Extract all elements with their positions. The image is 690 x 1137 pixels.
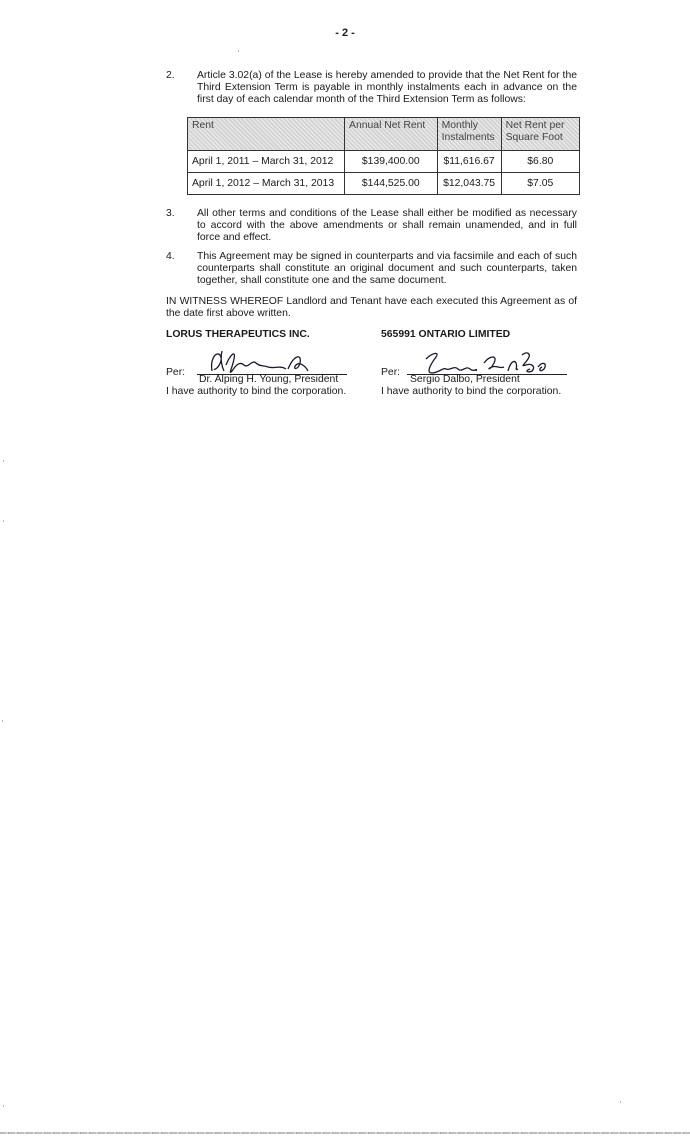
cell-period: April 1, 2011 – March 31, 2012 <box>188 151 345 173</box>
authority-statement: I have authority to bind the corporation… <box>381 386 561 398</box>
paragraph-text: All other terms and conditions of the Le… <box>197 208 577 244</box>
cell-rent-per-sqft: $6.80 <box>501 151 579 173</box>
company-name: LORUS THERAPEUTICS INC. <box>166 329 346 341</box>
page-number: - 2 - <box>0 27 690 39</box>
paragraph-number: 3. <box>166 208 175 220</box>
cell-monthly-instalment: $11,616.67 <box>437 151 501 173</box>
scan-speck <box>3 520 4 522</box>
table-header-row: Rent Annual Net Rent Monthly Instalments… <box>188 118 580 151</box>
scan-speck <box>238 50 239 52</box>
per-label: Per: <box>381 367 400 379</box>
header-net-rent-per-sqft: Net Rent per Square Foot <box>501 118 579 151</box>
table-row: April 1, 2012 – March 31, 2013 $144,525.… <box>188 173 580 195</box>
handwritten-signature-icon <box>416 345 566 377</box>
cell-period: April 1, 2012 – March 31, 2013 <box>188 173 345 195</box>
cell-rent-per-sqft: $7.05 <box>501 173 579 195</box>
signature-block-tenant: 565991 ONTARIO LIMITED Per: Sergio Dalbo… <box>381 329 581 341</box>
paragraph-number: 4. <box>166 251 175 263</box>
scan-edge-artifact <box>0 1132 690 1134</box>
cell-monthly-instalment: $12,043.75 <box>437 173 501 195</box>
signature-block-landlord: LORUS THERAPEUTICS INC. Per: Dr. Alping … <box>166 329 346 341</box>
cell-annual-net-rent: $139,400.00 <box>345 151 438 173</box>
rent-table: Rent Annual Net Rent Monthly Instalments… <box>187 117 580 195</box>
paragraph-text: This Agreement may be signed in counterp… <box>197 251 577 287</box>
cell-annual-net-rent: $144,525.00 <box>345 173 438 195</box>
company-name: 565991 ONTARIO LIMITED <box>381 329 581 341</box>
per-label: Per: <box>166 367 185 379</box>
signatory-name: Sergio Dalbo, President <box>410 374 520 386</box>
header-annual-net-rent: Annual Net Rent <box>345 118 438 151</box>
signatory-name: Dr. Alping H. Young, President <box>199 374 338 386</box>
scan-speck <box>620 1101 621 1103</box>
authority-statement: I have authority to bind the corporation… <box>166 386 346 398</box>
scan-speck <box>3 460 4 462</box>
scan-speck <box>3 1105 4 1107</box>
handwritten-signature-icon <box>206 345 321 377</box>
header-monthly-instalments: Monthly Instalments <box>437 118 501 151</box>
witness-clause: IN WITNESS WHEREOF Landlord and Tenant h… <box>166 296 577 320</box>
paragraph-number: 2. <box>166 70 175 82</box>
paragraph-text: Article 3.02(a) of the Lease is hereby a… <box>197 70 577 106</box>
table-row: April 1, 2011 – March 31, 2012 $139,400.… <box>188 151 580 173</box>
scan-speck <box>2 720 3 722</box>
header-rent: Rent <box>188 118 345 151</box>
